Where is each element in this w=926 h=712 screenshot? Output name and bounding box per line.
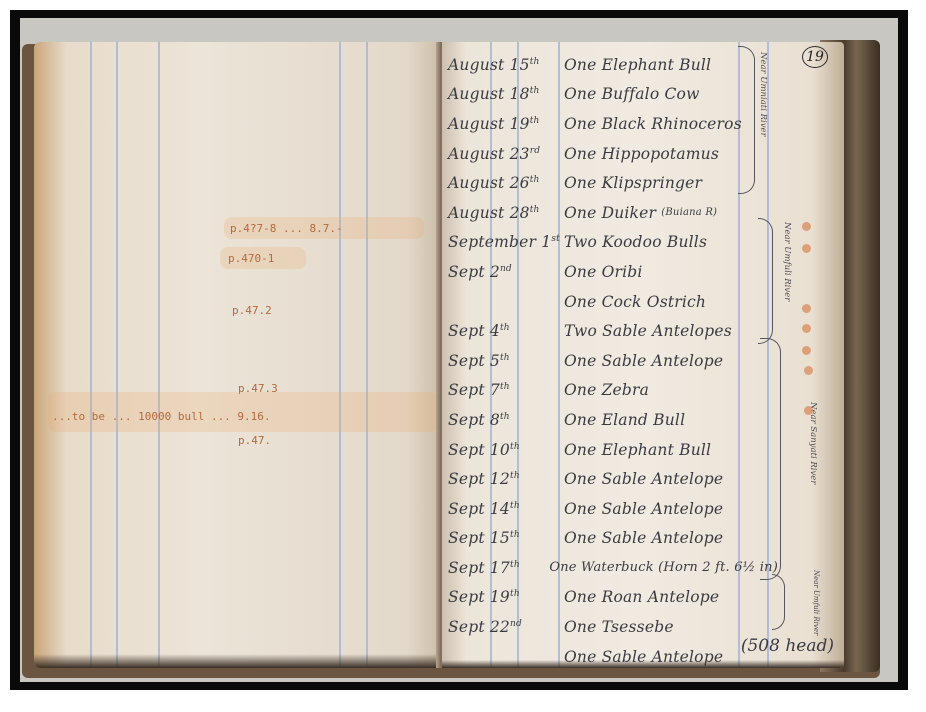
page-shadow — [34, 654, 448, 668]
log-entry: August 18thOne Buffalo Cow — [448, 80, 778, 110]
page-number: 19 — [802, 46, 828, 68]
bracket-mark — [758, 218, 773, 344]
log-entry: Sept 19thOne Roan Antelope — [448, 583, 778, 613]
log-entry: September 1stTwo Koodoo Bulls — [448, 228, 778, 258]
rule-line — [116, 42, 118, 668]
rust-spot — [802, 222, 811, 231]
hunt-log: August 15thOne Elephant Bull August 18th… — [448, 50, 778, 668]
rust-spot — [804, 366, 813, 375]
faded-text: p.47.2 — [232, 304, 272, 317]
margin-note: Near Umfuli River — [782, 222, 792, 301]
log-entry: Sept 22ndOne Tsessebe — [448, 612, 778, 642]
bracket-mark — [772, 574, 785, 630]
log-entry: Sept 10thOne Elephant Bull — [448, 435, 778, 465]
total-count: (508 head) — [741, 636, 834, 656]
log-entry: Sept 7thOne Zebra — [448, 376, 778, 406]
rust-spot — [802, 324, 811, 333]
log-entry: Sept 2ndOne Oribi — [448, 257, 778, 287]
log-entry: Sept 8thOne Eland Bull — [448, 405, 778, 435]
log-entry: Sept 17thOne Waterbuck (Horn 2 ft. 6½ in… — [448, 553, 778, 583]
log-entry: August 15thOne Elephant Bull — [448, 50, 778, 80]
left-page: p.4?7-8 ... 8.7.- p.470-1 p.47.2 p.47.3 … — [34, 42, 448, 668]
rust-spot — [802, 346, 811, 355]
faded-text: ...to be ... 10000 bull ... 9.16. — [52, 410, 271, 423]
rust-spot — [802, 244, 811, 253]
rule-line — [366, 42, 368, 668]
rust-spot — [802, 304, 811, 313]
rust-spot — [804, 406, 813, 415]
log-entry: Sept 14thOne Sable Antelope — [448, 494, 778, 524]
open-notebook: p.4?7-8 ... 8.7.- p.470-1 p.47.2 p.47.3 … — [22, 38, 880, 678]
rule-line — [158, 42, 160, 668]
faded-text: p.470-1 — [228, 252, 274, 265]
log-entry: Sept 4thTwo Sable Antelopes — [448, 316, 778, 346]
log-entry: Sept 5thOne Sable Antelope — [448, 346, 778, 376]
log-entry: August 19thOne Black Rhinoceros — [448, 109, 778, 139]
bracket-mark — [738, 46, 755, 194]
log-entry: One Cock Ostrich — [448, 287, 778, 317]
right-page: 19 August 15thOne Elephant Bull August 1… — [442, 42, 844, 668]
log-entry: Sept 12thOne Sable Antelope — [448, 464, 778, 494]
rule-line — [90, 42, 92, 668]
faded-text: p.4?7-8 ... 8.7.- — [230, 222, 343, 235]
log-entry: August 28thOne Duiker (Buiana R) — [448, 198, 778, 228]
log-entry: August 23rdOne Hippopotamus — [448, 139, 778, 169]
faded-text: p.47. — [238, 434, 271, 447]
margin-note: Near Umniati River — [758, 52, 768, 137]
page-shadow — [442, 660, 844, 668]
rule-line — [339, 42, 341, 668]
log-entry: August 26thOne Klipspringer — [448, 168, 778, 198]
margin-note: Near Umfuli River — [812, 570, 820, 635]
bracket-mark — [760, 338, 781, 580]
log-entry: Sept 15thOne Sable Antelope — [448, 524, 778, 554]
